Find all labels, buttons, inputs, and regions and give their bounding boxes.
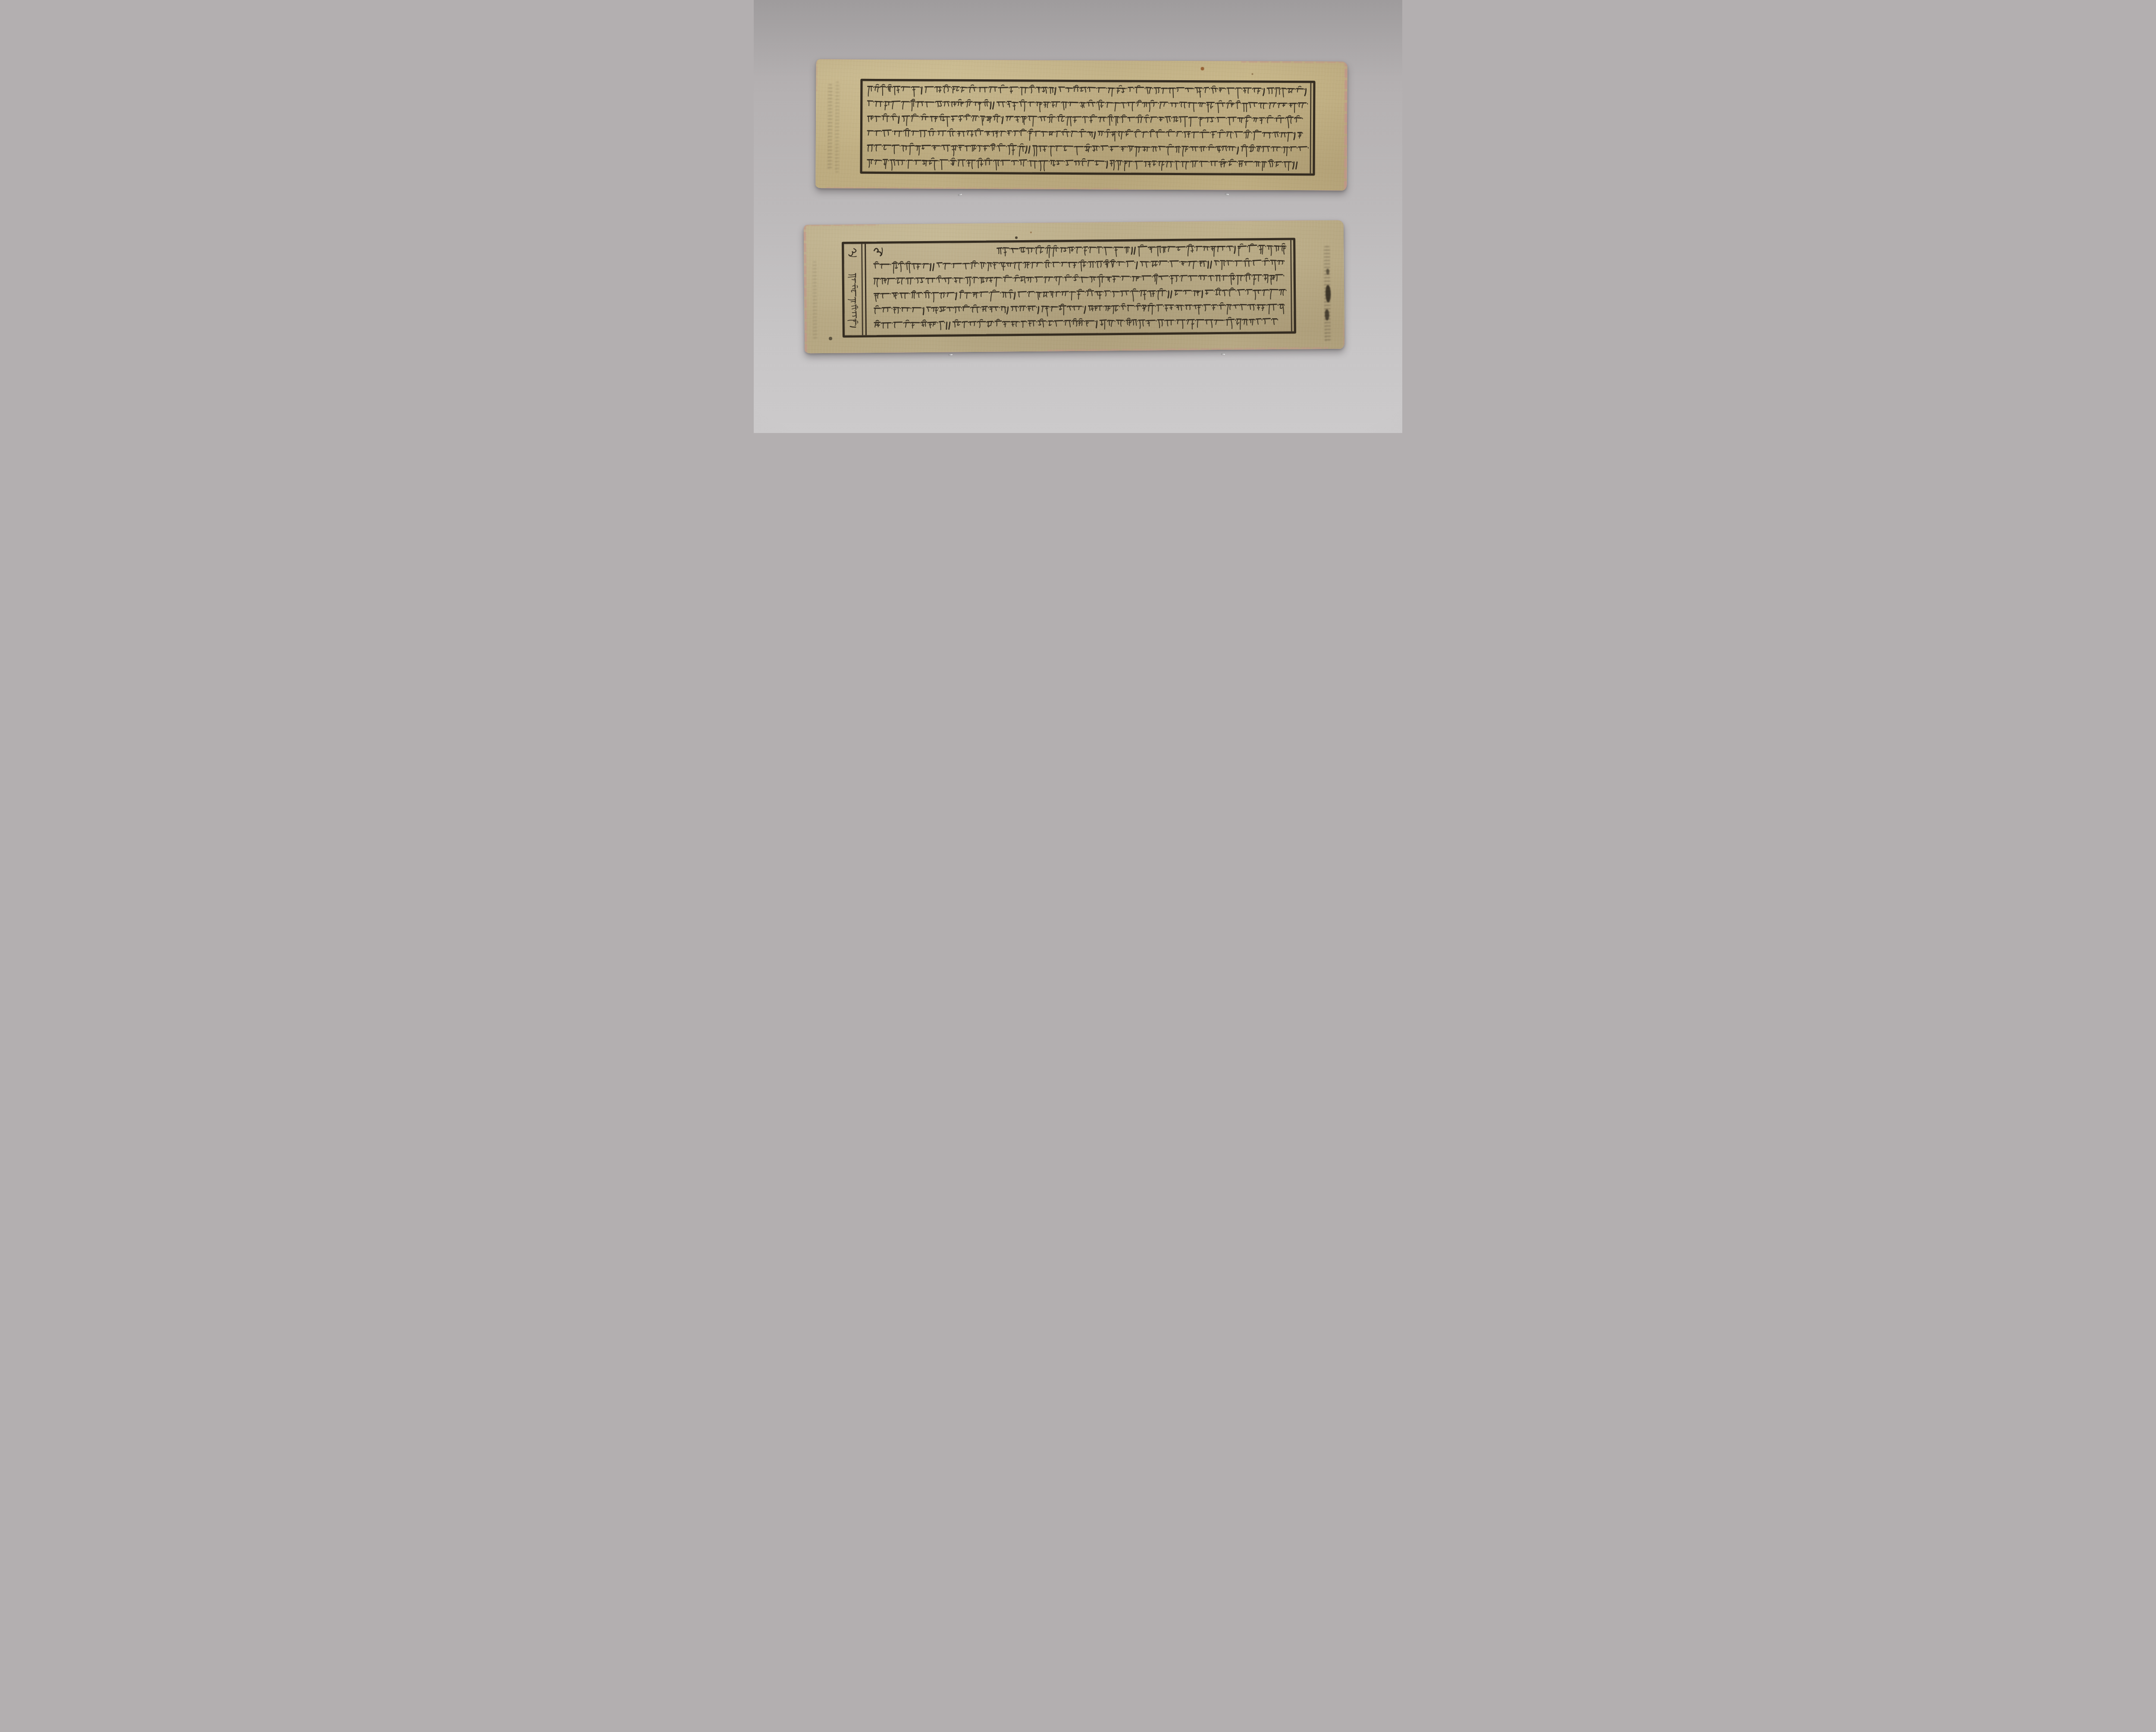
ink-blot <box>1325 309 1329 320</box>
mounting-pin <box>1221 354 1225 355</box>
text-block <box>872 242 1290 333</box>
text-line <box>866 127 1309 143</box>
paper-stain <box>829 337 832 340</box>
text-line <box>866 156 1309 173</box>
margin-title-vertical-text <box>846 246 859 331</box>
mounting-pin <box>949 354 953 356</box>
ink-blot <box>1326 269 1329 275</box>
text-line <box>866 97 1309 114</box>
ink-offset-smudge <box>828 84 833 170</box>
paper-stain <box>1201 67 1204 70</box>
text-frame <box>842 238 1296 338</box>
ink-offset-smudge <box>835 82 840 173</box>
paper-stain <box>1015 236 1018 239</box>
text-block <box>866 83 1309 172</box>
mounting-pin <box>958 194 962 196</box>
paper-stain <box>1030 232 1032 233</box>
text-line <box>866 112 1309 129</box>
paper-stain <box>1252 73 1253 75</box>
mounting-pin <box>1225 193 1229 195</box>
text-line <box>866 83 1309 99</box>
photograph-of-manuscript <box>754 0 1402 433</box>
manuscript-leaf-top <box>815 59 1347 190</box>
text-line <box>866 141 1309 158</box>
text-line <box>873 315 1290 333</box>
text-frame <box>860 79 1316 176</box>
manuscript-leaf-bottom <box>804 220 1345 354</box>
ink-blot <box>1326 285 1331 302</box>
ink-offset-smudge <box>812 261 817 339</box>
